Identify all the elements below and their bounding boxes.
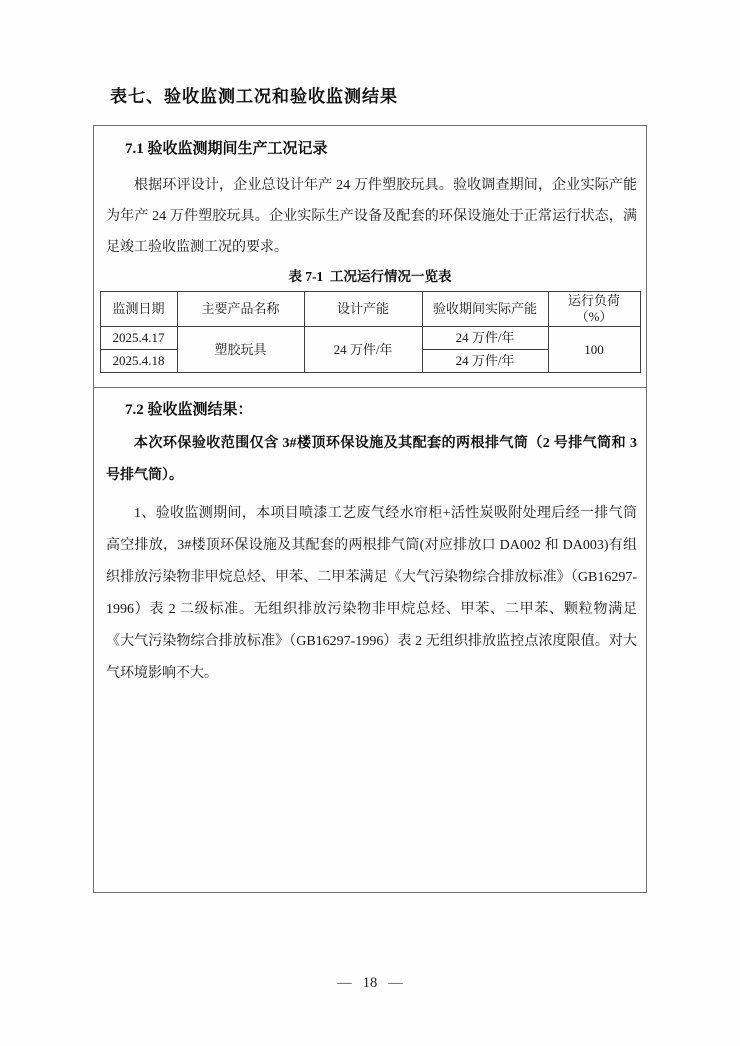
document-page: 表七、验收监测工况和验收监测结果 7.1 验收监测期间生产工况记录 根据环评设计… (0, 0, 740, 1046)
cell-actual-capacity-2: 24 万件/年 (422, 350, 548, 373)
section-7-1-heading: 7.1 验收监测期间生产工况记录 (125, 139, 646, 159)
col-header-monitor-date: 监测日期 (100, 292, 177, 327)
footer-dash-right: — (388, 975, 403, 991)
cell-product-name: 塑胶玩具 (177, 327, 304, 373)
page-footer: —18— (0, 975, 740, 992)
table-7-1: 监测日期 主要产品名称 设计产能 验收期间实际产能 运行负荷 （%） 2025.… (100, 291, 641, 373)
footer-dash-left: — (337, 975, 352, 991)
table-row: 2025.4.17 塑胶玩具 24 万件/年 24 万件/年 100 (100, 327, 640, 350)
col-header-design-capacity: 设计产能 (304, 292, 422, 327)
document-title: 表七、验收监测工况和验收监测结果 (110, 82, 398, 107)
section-7-2-heading: 7.2 验收监测结果： (125, 400, 646, 420)
section-7-1-paragraph: 根据环评设计，企业总设计年产 24 万件塑胶玩具。验收调查期间，企业实际产能为年… (106, 170, 637, 263)
cell-actual-capacity-1: 24 万件/年 (422, 327, 548, 350)
cell-load-percent: 100 (548, 327, 640, 373)
section-7-2-scope-paragraph: 本次环保验收范围仅含 3#楼顶环保设施及其配套的两根排气筒（2 号排气筒和 3 … (106, 428, 637, 492)
cell-monitor-date-2: 2025.4.18 (100, 350, 177, 373)
section-7-2-box: 7.2 验收监测结果： 本次环保验收范围仅含 3#楼顶环保设施及其配套的两根排气… (93, 387, 647, 893)
table-7-1-header-row: 监测日期 主要产品名称 设计产能 验收期间实际产能 运行负荷 （%） (100, 292, 640, 327)
page-number: 18 (363, 975, 378, 991)
col-header-load-line1: 运行负荷 (568, 293, 620, 308)
table-7-1-caption: 表 7-1 工况运行情况一览表 (94, 268, 646, 286)
col-header-actual-capacity: 验收期间实际产能 (422, 292, 548, 327)
col-header-product-name: 主要产品名称 (177, 292, 304, 327)
section-7-1-box: 7.1 验收监测期间生产工况记录 根据环评设计，企业总设计年产 24 万件塑胶玩… (93, 125, 647, 388)
col-header-load: 运行负荷 （%） (548, 292, 640, 327)
col-header-load-line2: （%） (576, 309, 613, 324)
cell-monitor-date-1: 2025.4.17 (100, 327, 177, 350)
section-7-2-result-paragraph: 1、验收监测期间，本项目喷漆工艺废气经水帘柜+活性炭吸附处理后经一排气筒高空排放… (106, 498, 637, 690)
cell-design-capacity: 24 万件/年 (304, 327, 422, 373)
